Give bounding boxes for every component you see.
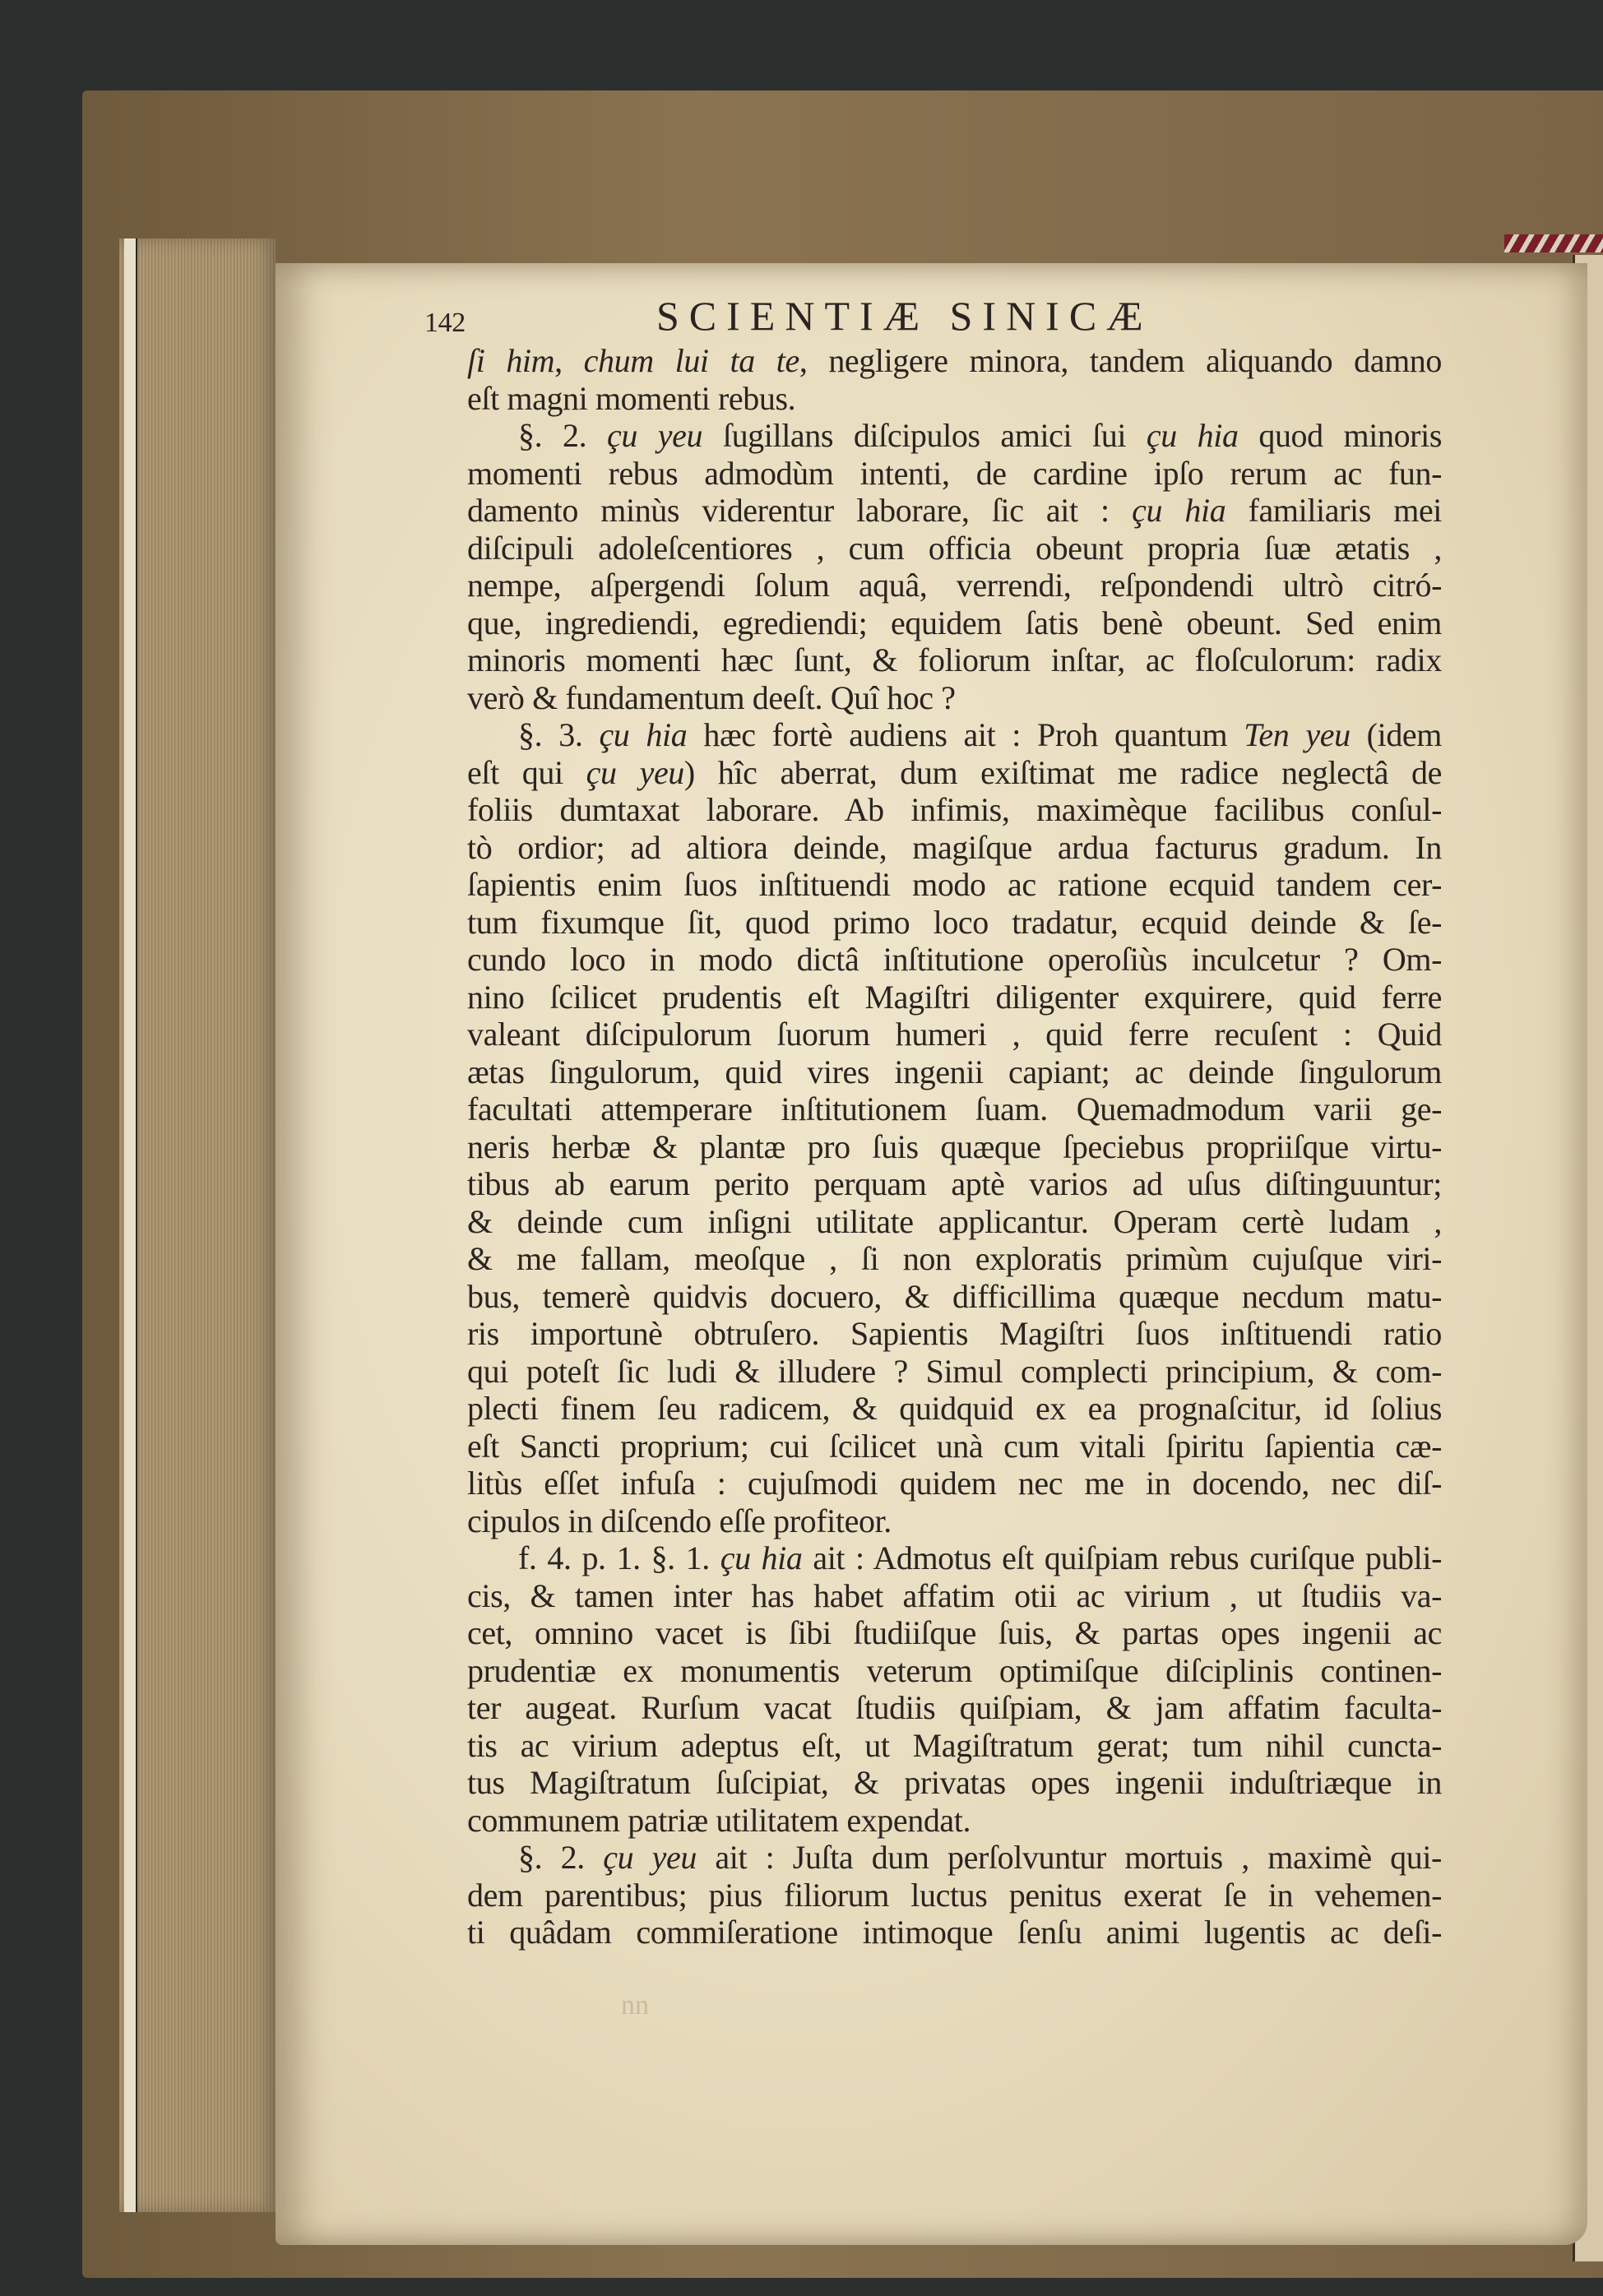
text-line: ris importunè obtruſero. Sapientis Magiſ… [467,1315,1442,1353]
text-line: communem patriæ utilitatem expendat. [467,1802,1442,1840]
text-segment: §. 2. [518,1839,603,1876]
text-line: ti quâdam commiſeratione intimoque ſenſu… [467,1914,1442,1951]
page-number: 142 [424,304,466,342]
text-line: nino ſcilicet prudentis eſt Magiſtri dil… [467,979,1442,1016]
text-line: foliis dumtaxat laborare. Ab infimis, ma… [467,791,1442,829]
romanized-chinese-term: çu hia [720,1539,803,1576]
text-line: verò & fundamentum deeſt. Quî hoc ? [467,679,1442,717]
text-segment: bus, temerè quidvis docuero, & difficill… [467,1278,1442,1315]
text-line: & deinde cum inſigni utilitate applicant… [467,1203,1442,1241]
text-segment: ſapientis enim ſuos inſtituendi modo ac … [467,866,1442,903]
text-segment: familiaris mei [1225,492,1442,529]
text-segment: ætas ſingulorum, quid vires ingenii capi… [467,1053,1442,1090]
text-segment: damento minùs viderentur laborare, ſic a… [467,492,1132,529]
text-line: qui poteſt ſic ludi & illudere ? Simul c… [467,1353,1442,1391]
text-line: f. 4. p. 1. §. 1. çu hia ait : Admotus e… [467,1539,1442,1577]
romanized-chinese-term: çu hia [599,716,687,753]
text-segment: communem patriæ utilitatem expendat. [467,1802,971,1839]
text-segment: prudentiæ ex monumentis veterum optimiſq… [467,1652,1442,1689]
text-segment: §. 3. [518,716,599,753]
text-line: tibus ab earum perito perquam aptè vario… [467,1165,1442,1203]
text-line: eſt Sancti proprium; cui ſcilicet unà cu… [467,1428,1442,1465]
text-segment: facultati attemperare inſtitutionem ſuam… [467,1090,1442,1127]
text-segment: tibus ab earum perito perquam aptè vario… [467,1165,1442,1202]
page-stack-edge [119,238,276,2212]
text-line: diſcipuli adoleſcentiores , cum officia … [467,530,1442,567]
text-segment: quod minoris [1239,417,1442,454]
romanized-chinese-term: Ten yeu [1244,716,1350,753]
text-line: tus Magiſtratum ſuſcipiat, & privatas op… [467,1764,1442,1802]
text-block: 142 SCIENTIÆ SINICÆ ſi him, chum lui ta … [467,298,1442,1951]
text-segment: tum fixumque ſit, quod primo loco tradat… [467,904,1442,941]
text-line: tum fixumque ſit, quod primo loco tradat… [467,904,1442,942]
text-line: cundo loco in modo dictâ inſtitutione op… [467,941,1442,979]
text-line: que, ingrediendi, egrediendi; equidem ſa… [467,604,1442,642]
text-line: ætas ſingulorum, quid vires ingenii capi… [467,1053,1442,1091]
text-segment: hæc fortè audiens ait : Proh quantum [687,716,1244,753]
text-line: cipulos in diſcendo eſſe profiteor. [467,1502,1442,1540]
text-segment: ) hîc aberrat, dum exiſtimat me radice n… [684,754,1442,791]
text-segment: tis ac virium adeptus eſt, ut Magiſtratu… [467,1727,1442,1764]
signature-mark: nn [621,1990,649,2021]
text-segment: (idem [1351,716,1442,753]
text-segment: eſt Sancti proprium; cui ſcilicet unà cu… [467,1428,1442,1465]
body-text: ſi him, chum lui ta te, negligere minora… [467,342,1442,1951]
text-segment: §. 2. [518,417,607,454]
text-segment: & deinde cum inſigni utilitate applicant… [467,1203,1442,1240]
text-segment: minoris momenti hæc ſunt, & foliorum inſ… [467,641,1442,678]
text-segment: cundo loco in modo dictâ inſtitutione op… [467,941,1442,978]
text-line: ſi him, chum lui ta te, negligere minora… [467,342,1442,380]
text-line: dem parentibus; pius filiorum luctus pen… [467,1877,1442,1914]
text-segment: diſcipuli adoleſcentiores , cum officia … [467,530,1442,567]
text-segment: ait : Admotus eſt quiſpiam rebus curiſqu… [802,1539,1442,1576]
text-line: momenti rebus admodùm intenti, de cardin… [467,455,1442,493]
text-segment: ris importunè obtruſero. Sapientis Magiſ… [467,1315,1442,1352]
text-segment: qui poteſt ſic ludi & illudere ? Simul c… [467,1353,1442,1390]
running-title: SCIENTIÆ SINICÆ [656,298,1153,336]
text-segment: & me fallam, meoſque , ſi non exploratis… [467,1240,1442,1277]
text-segment: cis, & tamen inter has habet affatim oti… [467,1577,1442,1614]
text-line: eſt magni momenti rebus. [467,380,1442,418]
text-segment: ti quâdam commiſeratione intimoque ſenſu… [467,1914,1442,1951]
text-segment: eſt qui [467,754,586,791]
text-segment: foliis dumtaxat laborare. Ab infimis, ma… [467,791,1442,828]
flyleaf [124,238,137,2212]
running-head: 142 SCIENTIÆ SINICÆ [467,298,1442,340]
headband [1504,234,1603,252]
text-segment: dem parentibus; pius filiorum luctus pen… [467,1877,1442,1914]
romanized-chinese-term: ſi him [467,342,554,379]
romanized-chinese-term: çu hia [1147,417,1239,454]
text-segment: ſugillans diſcipulos amici ſui [702,417,1147,454]
romanized-chinese-term: chum lui ta te [584,342,799,379]
text-segment: neris herbæ & plantæ pro ſuis quæque ſpe… [467,1128,1442,1165]
text-segment: que, ingrediendi, egrediendi; equidem ſa… [467,604,1442,641]
text-line: eſt qui çu yeu) hîc aberrat, dum exiſtim… [467,754,1442,792]
text-segment: , negligere minora, tandem aliquando dam… [799,342,1442,379]
text-line: bus, temerè quidvis docuero, & difficill… [467,1278,1442,1316]
text-segment: cipulos in diſcendo eſſe profiteor. [467,1502,892,1539]
text-line: §. 2. çu yeu ſugillans diſcipulos amici … [467,417,1442,455]
text-line: prudentiæ ex monumentis veterum optimiſq… [467,1652,1442,1690]
text-segment: ait : Juſta dum perſolvuntur mortuis , m… [697,1839,1442,1876]
text-line: valeant diſcipulorum ſuorum humeri , qui… [467,1016,1442,1053]
text-line: neris herbæ & plantæ pro ſuis quæque ſpe… [467,1128,1442,1166]
text-line: nempe, aſpergendi ſolum aquâ, verrendi, … [467,567,1442,604]
text-line: ſapientis enim ſuos inſtituendi modo ac … [467,866,1442,904]
text-line: tò ordior; ad altiora deinde, magiſque a… [467,829,1442,867]
romanized-chinese-term: çu hia [1132,492,1225,529]
text-segment: , [554,342,584,379]
text-line: facultati attemperare inſtitutionem ſuam… [467,1090,1442,1128]
text-segment: eſt magni momenti rebus. [467,380,795,417]
text-line: cet, omnino vacet is ſibi ſtudiiſque ſui… [467,1614,1442,1652]
text-line: plecti finem ſeu radicem, & quidquid ex … [467,1390,1442,1428]
text-segment: tus Magiſtratum ſuſcipiat, & privatas op… [467,1764,1442,1801]
romanized-chinese-term: çu yeu [603,1839,697,1876]
romanized-chinese-term: çu yeu [586,754,684,791]
text-segment: cet, omnino vacet is ſibi ſtudiiſque ſui… [467,1614,1442,1651]
text-segment: nino ſcilicet prudentis eſt Magiſtri dil… [467,979,1442,1016]
text-segment: verò & fundamentum deeſt. Quî hoc ? [467,679,956,716]
text-line: & me fallam, meoſque , ſi non exploratis… [467,1240,1442,1278]
text-segment: f. 4. p. 1. §. 1. [518,1539,720,1576]
text-line: ter augeat. Rurſum vacat ſtudiis quiſpia… [467,1689,1442,1727]
text-segment: plecti finem ſeu radicem, & quidquid ex … [467,1390,1442,1427]
romanized-chinese-term: çu yeu [607,417,702,454]
text-line: §. 3. çu hia hæc fortè audiens ait : Pro… [467,716,1442,754]
text-line: cis, & tamen inter has habet affatim oti… [467,1577,1442,1615]
text-segment: momenti rebus admodùm intenti, de cardin… [467,455,1442,492]
text-line: damento minùs viderentur laborare, ſic a… [467,492,1442,530]
text-line: §. 2. çu yeu ait : Juſta dum perſolvuntu… [467,1839,1442,1877]
text-segment: nempe, aſpergendi ſolum aquâ, verrendi, … [467,567,1442,604]
text-segment: tò ordior; ad altiora deinde, magiſque a… [467,829,1442,866]
text-line: minoris momenti hæc ſunt, & foliorum inſ… [467,641,1442,679]
text-line: litùs eſſet infuſa : cujuſmodi quidem ne… [467,1465,1442,1502]
text-segment: litùs eſſet infuſa : cujuſmodi quidem ne… [467,1465,1442,1502]
text-line: tis ac virium adeptus eſt, ut Magiſtratu… [467,1727,1442,1765]
text-segment: valeant diſcipulorum ſuorum humeri , qui… [467,1016,1442,1053]
text-segment: ter augeat. Rurſum vacat ſtudiis quiſpia… [467,1689,1442,1726]
